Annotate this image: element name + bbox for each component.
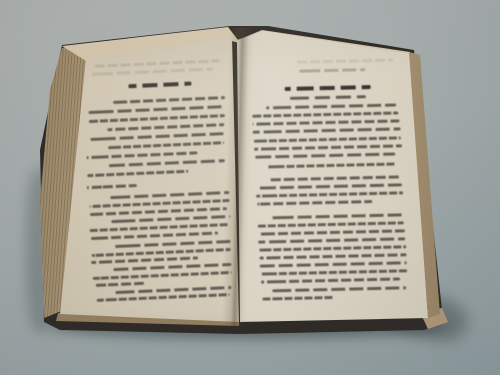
- text-line: [255, 152, 395, 158]
- text-line: [258, 237, 405, 243]
- text-line: [262, 295, 334, 300]
- text-line: [256, 191, 403, 197]
- ghost-line: [297, 58, 393, 63]
- text-line: [252, 119, 399, 125]
- right-page-text: [0, 0, 500, 375]
- text-line: [260, 261, 407, 267]
- text-line: [261, 277, 400, 283]
- text-line: [269, 175, 400, 181]
- text-line: [267, 162, 395, 168]
- text-line: [266, 103, 396, 109]
- text-line: [252, 111, 398, 117]
- text-line: [259, 245, 406, 251]
- text-line: [257, 200, 372, 206]
- text-line: [259, 253, 406, 259]
- running-header: [299, 68, 365, 72]
- open-book: [0, 0, 500, 375]
- text-line: [254, 144, 402, 150]
- photo-scene: [0, 0, 500, 375]
- text-line: [253, 127, 401, 133]
- text-line: [256, 183, 402, 189]
- text-line: [272, 286, 406, 292]
- text-line: [254, 136, 401, 142]
- text-line: [258, 229, 405, 235]
- right-page-heading-2: [290, 95, 366, 100]
- right-page-heading-1: [285, 85, 371, 91]
- text-line: [261, 269, 408, 275]
- text-line: [258, 221, 404, 227]
- text-line: [270, 213, 403, 219]
